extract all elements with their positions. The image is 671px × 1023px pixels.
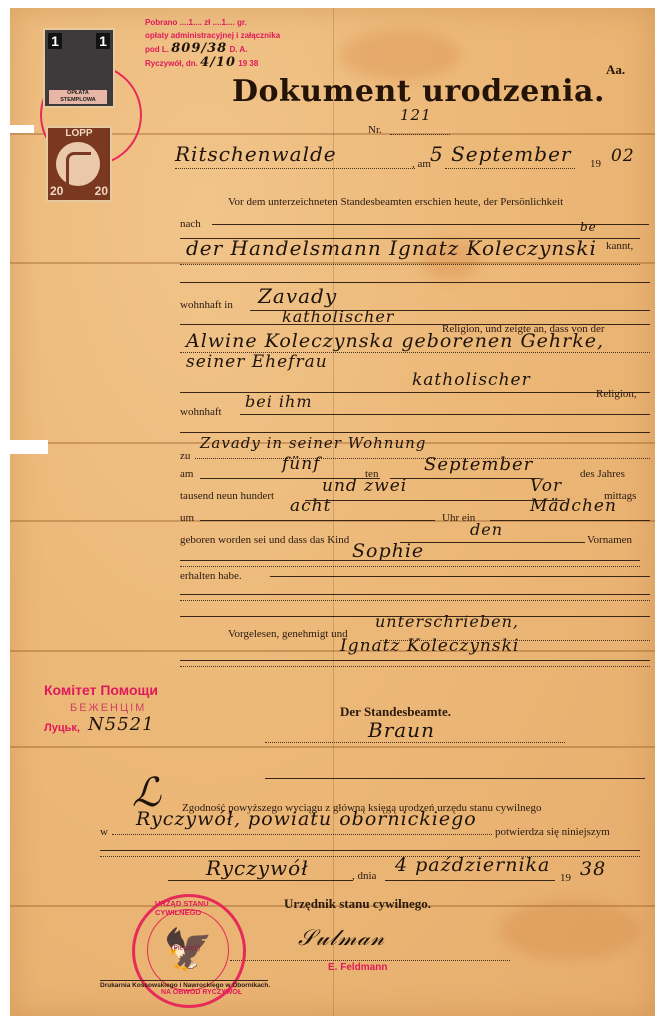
erhalten-label: erhalten habe. <box>180 570 242 582</box>
office-seal: 🦅 URZĄD STANU CYWILNEGO NA OBWÓD RYCZYWÓ… <box>132 894 246 1008</box>
bei-ihm-handwritten: bei ihm <box>245 392 313 411</box>
date-line <box>445 168 575 169</box>
rule <box>100 856 640 857</box>
official-label: Urzędnik stanu cywilnego. <box>284 896 431 912</box>
vorgelesen-label: Vorgelesen, genehmigt und <box>228 628 348 640</box>
stain <box>340 30 460 80</box>
committee-stamp-line2: БЕЖЕНЦІМ <box>70 702 146 714</box>
rule <box>265 778 645 779</box>
tear <box>655 130 671 140</box>
rule <box>180 264 640 265</box>
revenue-stamp-1: 1 1 OPŁATA STEMPLOWA <box>43 28 115 108</box>
nr-line <box>390 134 450 135</box>
page-title: Dokument urodzenia. <box>232 74 605 109</box>
religion-label: Religion, <box>596 388 637 400</box>
child-name-handwritten: Sophie <box>352 540 424 562</box>
certification-city: Ryczywół <box>206 856 309 880</box>
am-label-2: am <box>180 468 193 480</box>
unterschrieben-handwritten: unterschrieben, <box>375 612 519 631</box>
rule <box>168 880 353 881</box>
rule <box>195 458 650 459</box>
rule <box>270 576 650 577</box>
stain <box>500 900 640 960</box>
tear <box>0 440 48 454</box>
nr-value: 121 <box>400 106 432 124</box>
fee-stamp-line4: Ryczywół, dn. 4/10 19 38 <box>145 56 280 70</box>
residence-handwritten: Zavady <box>258 284 337 308</box>
fee-stamp-line1: Pobrano ....1.... zł ....1.... gr. <box>145 16 280 29</box>
rule <box>240 414 650 415</box>
seal-center: (Pieczęć) <box>171 945 200 952</box>
seal-ring-top: URZĄD STANU CYWILNEGO <box>155 899 243 917</box>
month-handwritten: September <box>424 454 533 475</box>
be-handwritten: be <box>580 220 597 234</box>
day-handwritten: fünf <box>282 454 320 474</box>
year-prefix: 19 <box>590 158 601 170</box>
geboren-label: geboren worden sei und dass das Kind <box>180 534 349 546</box>
zu-label: zu <box>180 450 190 462</box>
year-words-handwritten: und zwei <box>322 476 407 496</box>
revenue-stamp-2: LOPP 20 20 <box>46 126 112 202</box>
committee-stamp-number: N5521 <box>88 714 155 735</box>
certification-year-prefix: 19 <box>560 872 571 884</box>
rule <box>180 432 650 433</box>
rule <box>180 660 650 661</box>
nr-label: Nr. <box>368 124 382 136</box>
rule <box>180 560 640 561</box>
w-label: w <box>100 826 108 838</box>
rule <box>180 594 650 595</box>
rule <box>230 960 510 961</box>
rule <box>180 566 640 567</box>
tree-icon <box>66 152 91 185</box>
person-handwritten: der Handelsmann Ignatz Koleczynski <box>186 236 597 260</box>
hour-handwritten: acht <box>290 496 331 516</box>
wohnhaft-in-label: wohnhaft in <box>180 299 233 311</box>
nach-label: nach <box>180 218 201 230</box>
mother-handwritten: Alwine Koleczynska geborenen Gehrke, <box>186 330 604 352</box>
rule <box>265 742 565 743</box>
um-label: um <box>180 512 194 524</box>
place-line <box>175 168 415 169</box>
rule <box>180 600 650 601</box>
fee-stamp: Pobrano ....1.... zł ....1.... gr. opłat… <box>145 16 280 70</box>
intro-text: Vor dem unterzeichneten Standesbeamten e… <box>228 196 563 208</box>
des-jahres-label: des Jahres <box>580 468 625 480</box>
certification-date: 4 października <box>395 854 550 876</box>
religion2-handwritten: katholischer <box>412 370 531 390</box>
zu-handwritten: Zavady in seiner Wohnung <box>200 434 426 452</box>
rule <box>305 500 565 501</box>
vor-handwritten: Vor <box>530 476 562 496</box>
official-name-stamp: E. Feldmann <box>328 962 387 973</box>
place-handwritten: Ritschenwalde <box>175 142 337 166</box>
certification-year: 38 <box>580 858 606 880</box>
form-code: Aa. <box>606 62 625 78</box>
tear <box>0 125 34 133</box>
den-handwritten: den <box>470 520 503 539</box>
committee-stamp-line1: Комітет Помощи <box>44 682 158 698</box>
fee-stamp-line3: pod L. 809/38 D. A. <box>145 42 280 56</box>
certification-place: Ryczywół, powiatu obornickiego <box>136 808 477 830</box>
rule <box>390 478 540 479</box>
wife-handwritten: seiner Ehefrau <box>186 352 328 372</box>
rule <box>100 980 268 981</box>
printer-line: Drukarnia Kossowskiego i Nawrockiego w O… <box>100 982 270 989</box>
rule <box>100 850 640 851</box>
rule <box>200 520 435 521</box>
committee-stamp-line3-label: Луцьк, <box>44 722 80 734</box>
rule <box>385 880 555 881</box>
religion1-handwritten: katholischer <box>282 307 394 326</box>
vornamen-label: Vornamen <box>587 534 632 546</box>
kannt-label: kannt, <box>606 240 633 252</box>
dnia-label: , dnia <box>352 870 376 882</box>
date-handwritten: 5 September <box>430 142 571 166</box>
official-signature: 𝒮𝓊𝓁𝓂𝒶𝓃 <box>298 926 385 951</box>
year-handwritten: 02 <box>611 146 635 166</box>
rule <box>180 666 650 667</box>
signer-handwritten: Ignatz Koleczynski <box>340 636 519 656</box>
standesbeamte-signature: Braun <box>368 718 435 742</box>
child-type-handwritten: Mädchen <box>530 496 617 516</box>
rule <box>180 282 650 283</box>
potwierdza-label: potwierdza się niniejszym <box>495 826 610 838</box>
seal-ring-bottom: NA OBWÓD RYCZYWÓŁ <box>161 989 242 996</box>
tausend-label: tausend neun hundert <box>180 490 274 502</box>
rule <box>400 542 585 543</box>
rule <box>490 520 650 521</box>
wohnhaft-label: wohnhaft <box>180 406 222 418</box>
am-label: , am <box>412 158 431 170</box>
rule <box>112 834 492 835</box>
